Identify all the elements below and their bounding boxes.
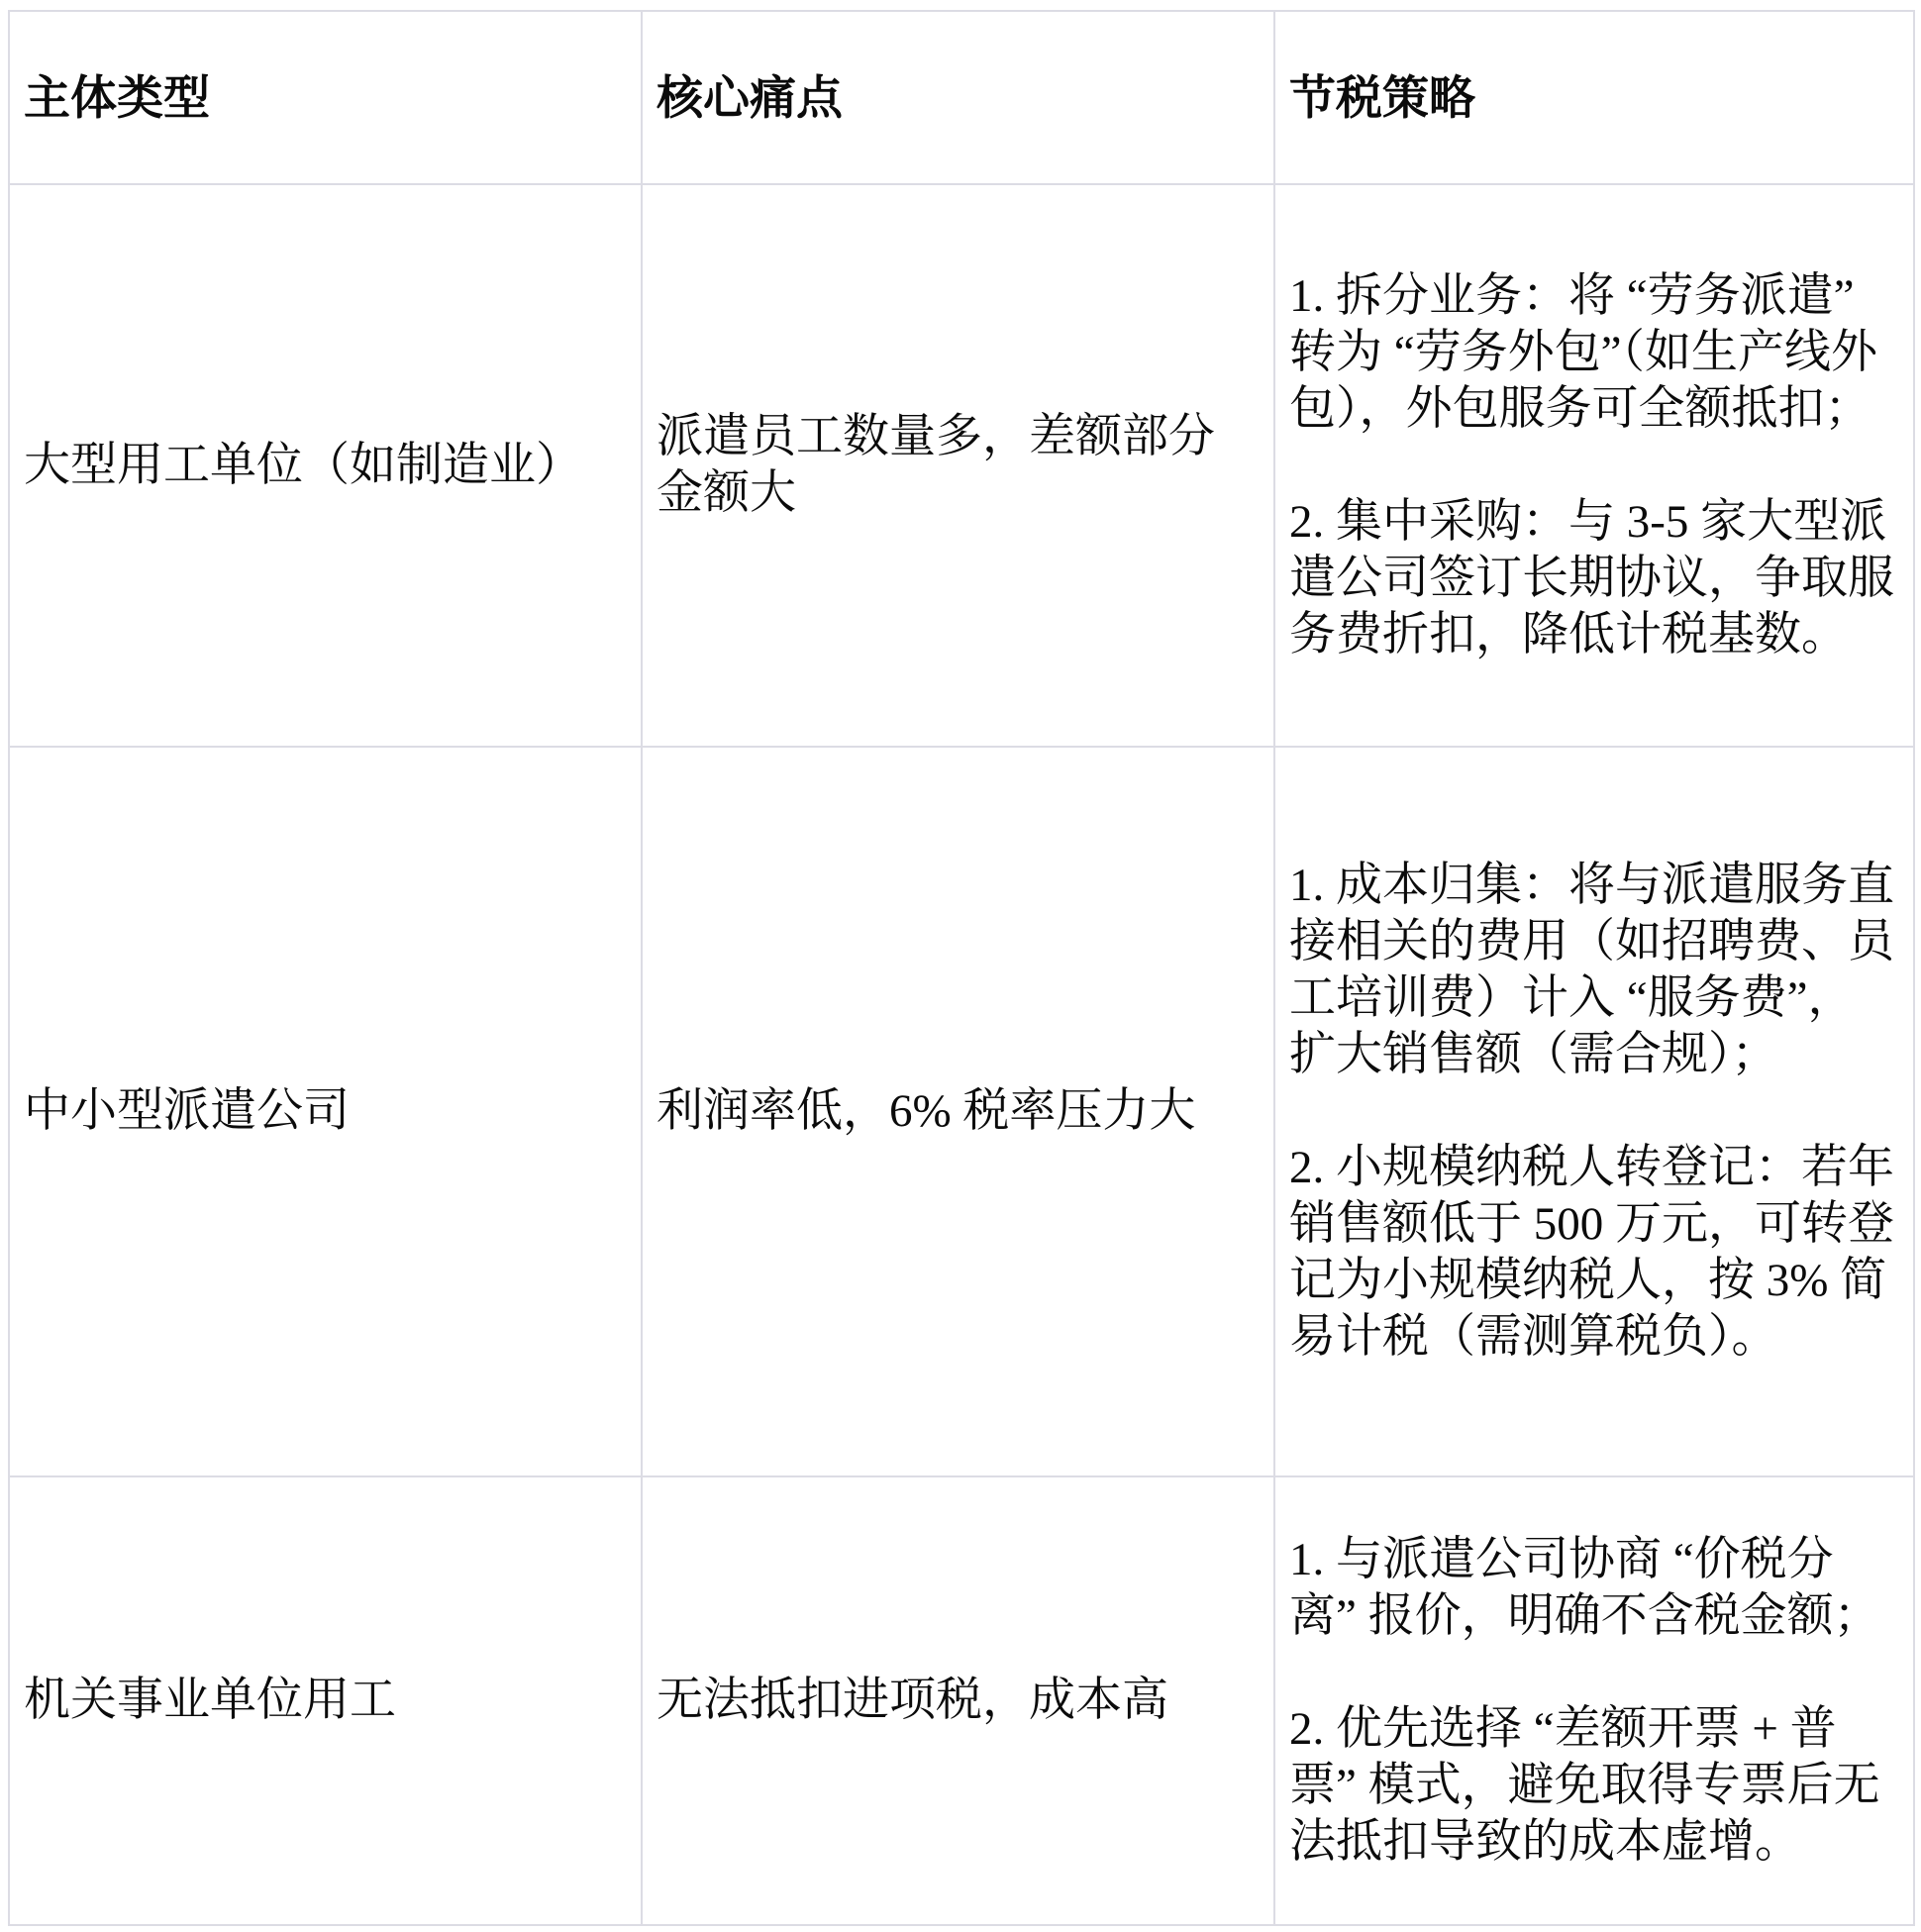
column-header-strategy: 节税策略 [1274, 11, 1914, 184]
strategy-paragraph: 1. 拆分业务：将 “劳务派遣” 转为 “劳务外包”（如生产线外包），外包服务可… [1289, 268, 1899, 438]
subject-type-cell: 中小型派遣公司 [9, 747, 642, 1476]
table-row-large-employer: 大型用工单位（如制造业） 派遣员工数量多，差额部分金额大 1. 拆分业务：将 “… [9, 184, 1914, 747]
strategy-cell: 1. 拆分业务：将 “劳务派遣” 转为 “劳务外包”（如生产线外包），外包服务可… [1274, 184, 1914, 747]
subject-type-cell: 机关事业单位用工 [9, 1476, 642, 1925]
tax-strategy-table: 主体类型 核心痛点 节税策略 大型用工单位（如制造业） 派遣员工数量多，差额部分… [8, 10, 1915, 1926]
pain-point-cell: 无法抵扣进项税，成本高 [642, 1476, 1274, 1925]
strategy-cell: 1. 成本归集：将与派遣服务直接相关的费用（如招聘费、员工培训费）计入 “服务费… [1274, 747, 1914, 1476]
header-row: 主体类型 核心痛点 节税策略 [9, 11, 1914, 184]
pain-point-cell: 派遣员工数量多，差额部分金额大 [642, 184, 1274, 747]
strategy-cell: 1. 与派遣公司协商 “价税分离” 报价，明确不含税金额； 2. 优先选择 “差… [1274, 1476, 1914, 1925]
column-header-subject-type: 主体类型 [9, 11, 642, 184]
pain-point-cell: 利润率低，6% 税率压力大 [642, 747, 1274, 1476]
table-row-small-dispatch-company: 中小型派遣公司 利润率低，6% 税率压力大 1. 成本归集：将与派遣服务直接相关… [9, 747, 1914, 1476]
column-header-pain-point: 核心痛点 [642, 11, 1274, 184]
table-body: 大型用工单位（如制造业） 派遣员工数量多，差额部分金额大 1. 拆分业务：将 “… [9, 184, 1914, 1925]
strategy-paragraph: 2. 优先选择 “差额开票 + 普票” 模式，避免取得专票后无法抵扣导致的成本虚… [1289, 1701, 1899, 1871]
table-header: 主体类型 核心痛点 节税策略 [9, 11, 1914, 184]
strategy-paragraph: 1. 成本归集：将与派遣服务直接相关的费用（如招聘费、员工培训费）计入 “服务费… [1289, 858, 1899, 1083]
strategy-paragraph: 2. 集中采购：与 3-5 家大型派遣公司签订长期协议，争取服务费折扣，降低计税… [1289, 494, 1899, 663]
strategy-paragraph: 1. 与派遣公司协商 “价税分离” 报价，明确不含税金额； [1289, 1532, 1899, 1645]
subject-type-cell: 大型用工单位（如制造业） [9, 184, 642, 747]
strategy-paragraph: 2. 小规模纳税人转登记：若年销售额低于 500 万元，可转登记为小规模纳税人，… [1289, 1140, 1899, 1366]
table-row-public-institution: 机关事业单位用工 无法抵扣进项税，成本高 1. 与派遣公司协商 “价税分离” 报… [9, 1476, 1914, 1925]
